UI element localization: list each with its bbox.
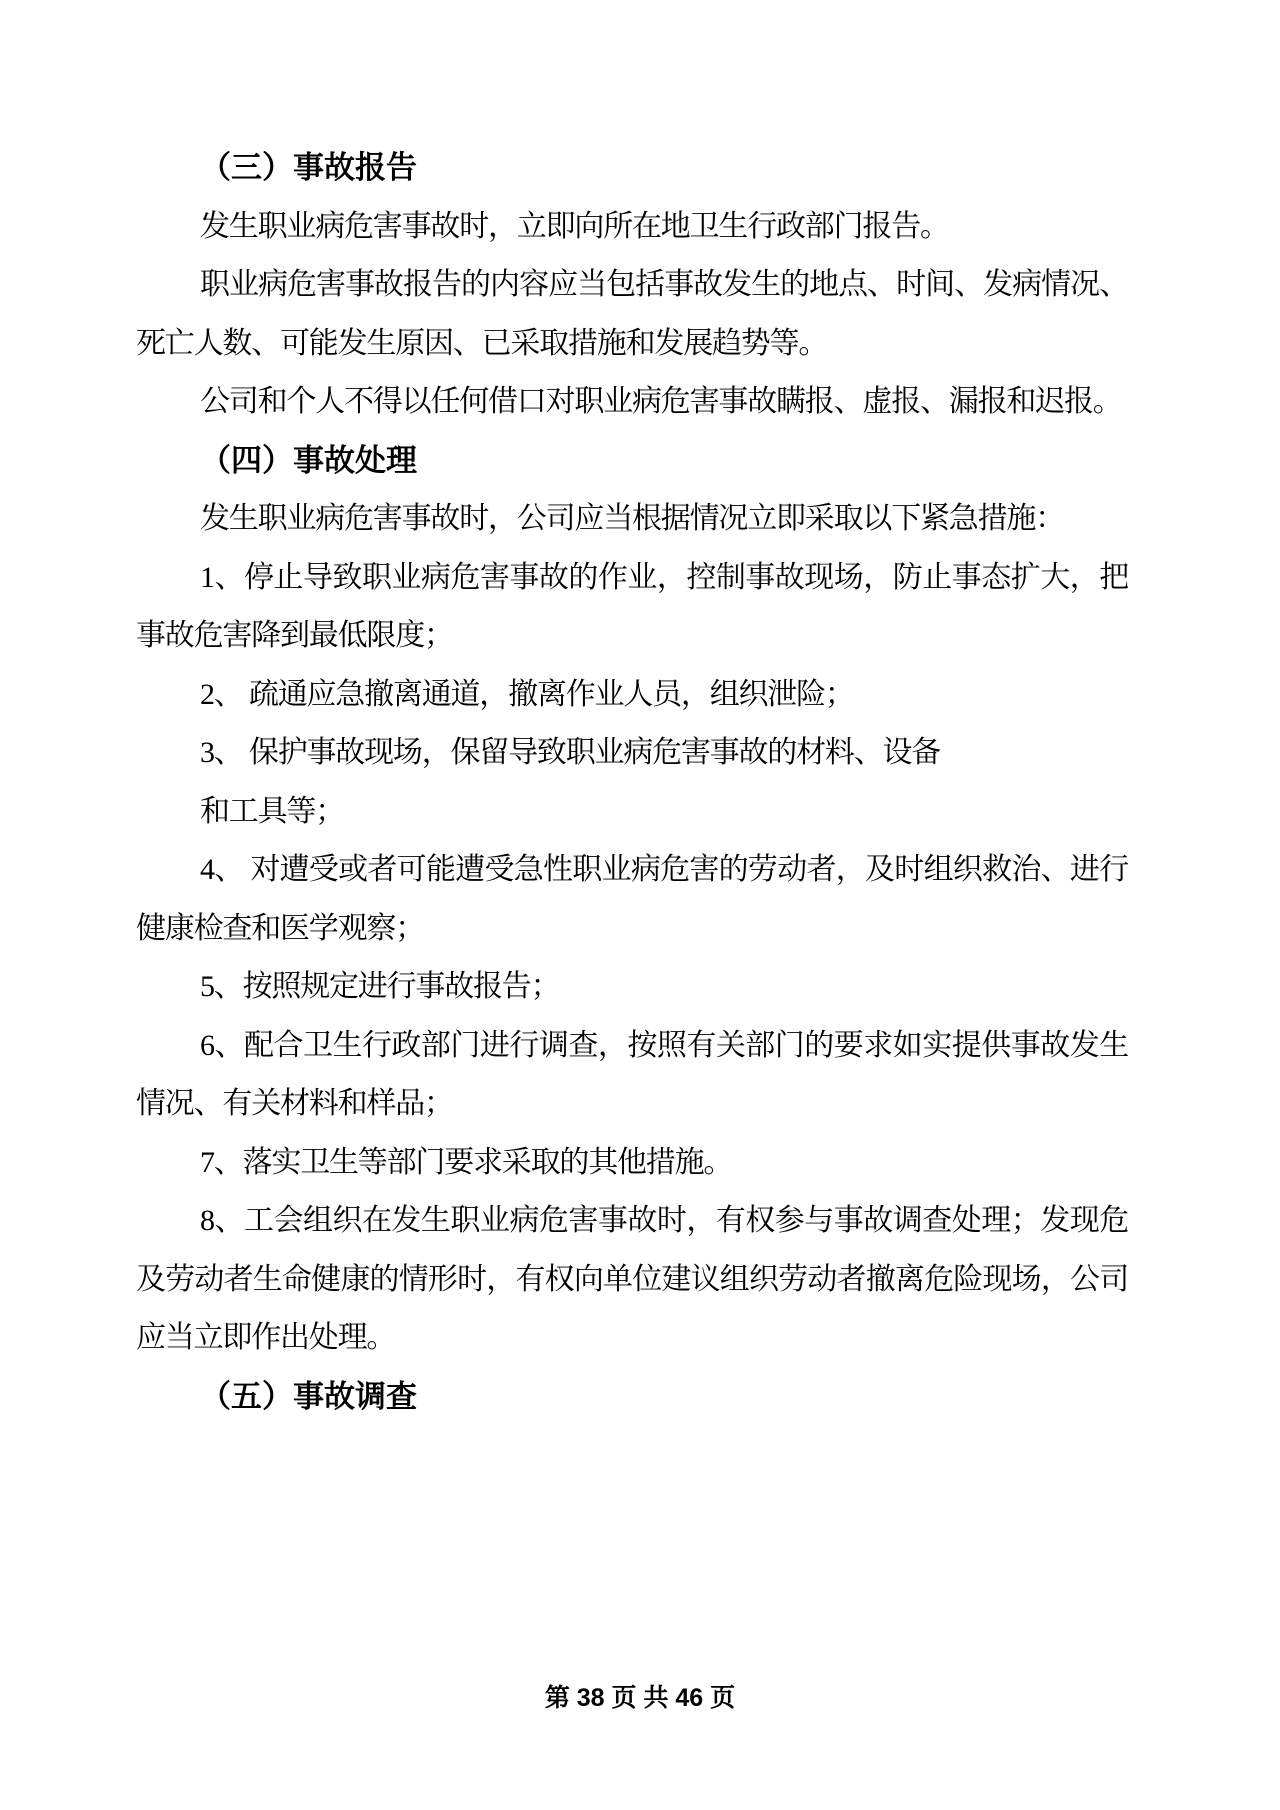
text-line: 7、落实卫生等部门要求采取的其他措施。 xyxy=(136,1134,1128,1193)
document-lines: （三）事故报告发生职业病危害事故时，立即向所在地卫生行政部门报告。职业病危害事故… xyxy=(136,139,1128,1426)
text-line: 2、 疏通应急撤离通道，撤离作业人员，组织泄险； xyxy=(136,666,1128,725)
text-line: 8、工会组织在发生职业病危害事故时，有权参与事故调查处理；发现危 xyxy=(136,1192,1128,1251)
text-line: 5、按照规定进行事故报告； xyxy=(136,958,1128,1017)
page-footer: 第 38 页 共 46 页 xyxy=(0,1678,1280,1714)
document-page: （三）事故报告发生职业病危害事故时，立即向所在地卫生行政部门报告。职业病危害事故… xyxy=(0,0,1280,1810)
text-line: 及劳动者生命健康的情形时，有权向单位建议组织劳动者撤离危险现场，公司 xyxy=(136,1251,1128,1310)
text-line: 情况、有关材料和样品； xyxy=(136,1075,1128,1134)
text-line: 发生职业病危害事故时，公司应当根据情况立即采取以下紧急措施： xyxy=(136,490,1128,549)
text-line: 公司和个人不得以任何借口对职业病危害事故瞒报、虚报、漏报和迟报。 xyxy=(136,373,1128,432)
text-line: 发生职业病危害事故时，立即向所在地卫生行政部门报告。 xyxy=(136,198,1128,257)
section-heading: （三）事故报告 xyxy=(136,139,1128,198)
section-heading: （五）事故调查 xyxy=(136,1368,1128,1427)
text-line: 死亡人数、可能发生原因、已采取措施和发展趋势等。 xyxy=(136,315,1128,374)
text-line: 1、停止导致职业病危害事故的作业，控制事故现场，防止事态扩大，把 xyxy=(136,549,1128,608)
text-line: 和工具等； xyxy=(136,783,1128,842)
section-heading: （四）事故处理 xyxy=(136,432,1128,491)
text-line: 健康检查和医学观察； xyxy=(136,900,1128,959)
text-line: 6、配合卫生行政部门进行调查，按照有关部门的要求如实提供事故发生 xyxy=(136,1017,1128,1076)
text-line: 3、 保护事故现场，保留导致职业病危害事故的材料、设备 xyxy=(136,724,1128,783)
text-line: 应当立即作出处理。 xyxy=(136,1309,1128,1368)
text-line: 4、 对遭受或者可能遭受急性职业病危害的劳动者，及时组织救治、进行 xyxy=(136,841,1128,900)
text-line: 事故危害降到最低限度； xyxy=(136,607,1128,666)
text-line: 职业病危害事故报告的内容应当包括事故发生的地点、时间、发病情况、 xyxy=(136,256,1128,315)
